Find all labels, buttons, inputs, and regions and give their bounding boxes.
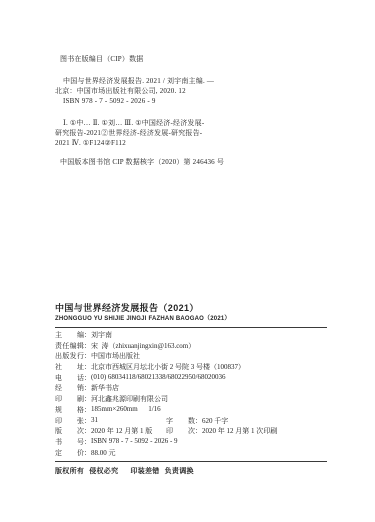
colophon-label: 规格 — [55, 405, 84, 415]
colophon-separator: ： — [84, 416, 91, 426]
colophon-row: 责任编辑 ： 宋 涛（zhixuanjingxin@163.com） — [55, 341, 327, 352]
title-divider — [55, 327, 327, 328]
colophon-value: 185mm×260mm 1/16 — [91, 405, 161, 413]
colophon-value: 宋 涛（zhixuanjingxin@163.com） — [91, 341, 195, 351]
colophon-value: 河北鑫兆源印刷有限公司 — [91, 394, 168, 404]
colophon-value: 2020 年 12 月第 1 次印刷 — [202, 426, 277, 436]
colophon-separator: ： — [195, 426, 202, 436]
colophon-label: 印次 — [166, 426, 195, 436]
colophon-separator: ： — [84, 405, 91, 415]
colophon-label: 字数 — [166, 416, 195, 426]
notice-item: 印装差错 — [130, 466, 159, 476]
colophon-separator: ： — [84, 437, 91, 447]
colophon-label: 责任编辑 — [55, 341, 84, 351]
colophon-separator: ： — [84, 394, 91, 404]
colophon-row: 定价 ： 88.00 元 — [55, 448, 327, 459]
colophon-separator: ： — [84, 383, 91, 393]
colophon-label: 社址 — [55, 362, 84, 372]
colophon-value: 中国市场出版社 — [91, 351, 140, 361]
colophon-row: 经销 ： 新华书店 — [55, 383, 327, 394]
colophon-label: 定价 — [55, 448, 84, 458]
colophon-value: 新华书店 — [91, 383, 119, 393]
colophon-value: 刘宇南 — [91, 330, 112, 340]
colophon-separator: ： — [84, 373, 91, 383]
colophon-value: ISBN 978 - 7 - 5092 - 2026 - 9 — [91, 437, 178, 445]
colophon-row: 印刷 ： 河北鑫兆源印刷有限公司 — [55, 394, 327, 405]
colophon-separator: ： — [84, 351, 91, 361]
cip-classification-line: 研究报告-2021②世界经济-经济发展-研究报告- — [55, 128, 329, 138]
colophon-label: 主编 — [55, 330, 84, 340]
colophon-separator: ： — [84, 362, 91, 372]
colophon-row: 版次 ： 2020 年 12 月第 1 版 印次 ： 2020 年 12 月第 … — [55, 426, 327, 437]
colophon-separator: ： — [84, 341, 91, 351]
colophon-row: 规格 ： 185mm×260mm 1/16 — [55, 405, 327, 416]
colophon-value: 2020 年 12 月第 1 版 — [91, 426, 166, 436]
copyright-notice: 版权所有 侵权必究 印装差错 负责调换 — [55, 466, 327, 476]
book-title: 中国与世界经济发展报告（2021） — [55, 302, 327, 314]
cip-heading: 图书在版编目（CIP）数据 — [55, 54, 329, 64]
colophon-separator: ： — [84, 448, 91, 458]
colophon-row: 社址 ： 北京市西城区月坛北小街 2 号院 3 号楼（100837） — [55, 362, 327, 373]
copyright-page: 图书在版编目（CIP）数据 中国与世界经济发展报告. 2021 / 刘宇南主编.… — [0, 0, 375, 522]
colophon-label: 版次 — [55, 426, 84, 436]
colophon-row: 印张 ： 31 字数 ： 620 千字 — [55, 416, 327, 427]
cip-record-line: 中国与世界经济发展报告. 2021 / 刘宇南主编. — — [55, 76, 329, 86]
colophon-separator: ： — [195, 416, 202, 426]
colophon-separator: ： — [84, 330, 91, 340]
colophon-row: 书号 ： ISBN 978 - 7 - 5092 - 2026 - 9 — [55, 437, 327, 448]
footer-divider — [55, 461, 327, 462]
cip-registry-line: 中国版本图书馆 CIP 数据核字（2020）第 246436 号 — [55, 157, 329, 167]
colophon-label: 印刷 — [55, 394, 84, 404]
colophon-row: 出版发行 ： 中国市场出版社 — [55, 351, 327, 362]
notice-item: 侵权必究 — [89, 466, 118, 476]
colophon-row: 电话 ： (010) 68034118/68021338/68022950/68… — [55, 373, 327, 384]
colophon-value: (010) 68034118/68021338/68022950/6802003… — [91, 373, 226, 381]
cip-record-line: 北京：中国市场出版社有限公司, 2020. 12 — [55, 86, 329, 96]
colophon-label: 书号 — [55, 437, 84, 447]
colophon-separator: ： — [84, 426, 91, 436]
colophon-label: 出版发行 — [55, 351, 84, 361]
colophon-label: 电话 — [55, 373, 84, 383]
colophon-row: 主编 ： 刘宇南 — [55, 330, 327, 341]
colophon-value: 620 千字 — [202, 416, 228, 426]
cip-classification-line: Ⅰ. ①中… Ⅱ. ①刘… Ⅲ. ①中国经济-经济发展- — [55, 118, 329, 128]
colophon-label: 印张 — [55, 416, 84, 426]
colophon-block: 主编 ： 刘宇南 责任编辑 ： 宋 涛（zhixuanjingxin@163.c… — [55, 330, 327, 476]
colophon-value: 北京市西城区月坛北小街 2 号院 3 号楼（100837） — [91, 362, 245, 372]
cip-record-line: ISBN 978 - 7 - 5092 - 2026 - 9 — [55, 96, 329, 106]
title-block: 中国与世界经济发展报告（2021） ZHONGGUO YU SHIJIE JIN… — [55, 302, 327, 328]
notice-item: 负责调换 — [165, 466, 194, 476]
cip-block: 图书在版编目（CIP）数据 中国与世界经济发展报告. 2021 / 刘宇南主编.… — [55, 54, 329, 167]
book-title-pinyin: ZHONGGUO YU SHIJIE JINGJI FAZHAN BAOGAO（… — [55, 315, 327, 323]
colophon-value: 88.00 元 — [91, 448, 116, 458]
cip-classification-line: 2021 Ⅳ. ①F124②F112 — [55, 138, 329, 148]
colophon-value: 31 — [91, 416, 166, 424]
notice-item: 版权所有 — [55, 466, 84, 476]
colophon-label: 经销 — [55, 383, 84, 393]
